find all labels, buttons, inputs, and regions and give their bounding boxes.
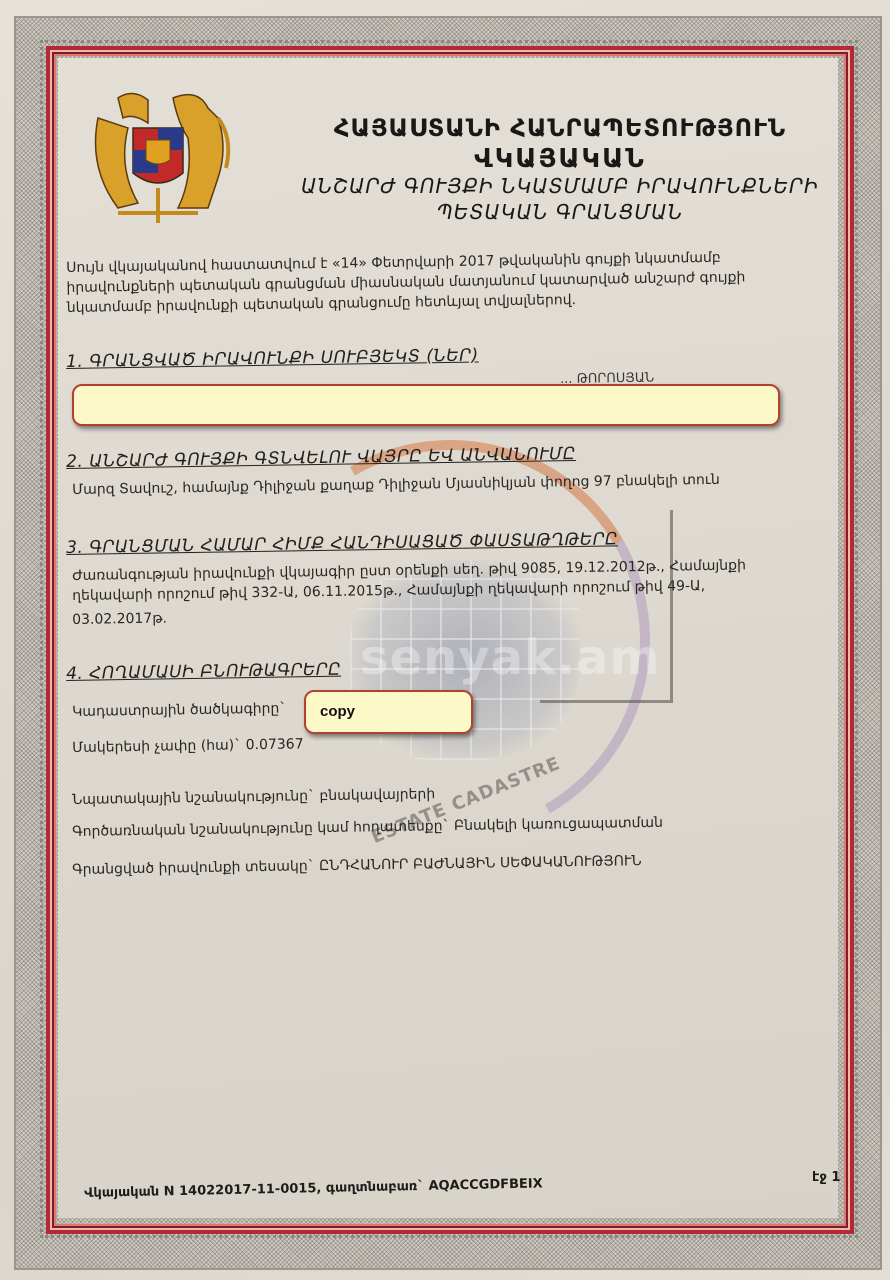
- area-value: 0.07367: [246, 736, 304, 753]
- redaction-box-cadastral: copy: [304, 690, 473, 734]
- area-label: Մակերեսի չափը (հա)`: [72, 737, 241, 756]
- certificate-page: senyak.am ESTATE CADASTRE ՀԱՅԱՍՏԱՆԻ ՀԱՆՐ…: [0, 0, 890, 1280]
- intro-paragraph: Սույն վկայականով հաստատվում է «14» Փետրվ…: [66, 246, 807, 318]
- coat-of-arms-icon: [78, 78, 238, 238]
- purpose-value: բնակավայրերի: [319, 786, 435, 804]
- redaction-box-owners: [72, 384, 780, 426]
- page-number: էջ 1: [812, 1170, 840, 1185]
- site-watermark: senyak.am: [360, 630, 661, 686]
- country-title: ՀԱՅԱՍՏԱՆԻ ՀԱՆՐԱՊԵՏՈՒԹՅՈՒՆ: [300, 114, 820, 142]
- function-value: Բնակելի կառուցապատման: [454, 815, 663, 834]
- cadastral-code-label: Կադաստրային ծածկագիրը`: [72, 701, 286, 720]
- document-type-title: ՎԿԱՅԱԿԱՆ: [300, 144, 820, 174]
- basis-documents-line-3: 03.02.2017թ.: [72, 611, 167, 628]
- subtitle-line-2: ՊԵՏԱԿԱՆ ԳՐԱՆՑՄԱՆ: [300, 200, 820, 224]
- cadastral-code-value: copy: [320, 703, 355, 720]
- subtitle-line-1: ԱՆՇԱՐԺ ԳՈՒՅՔԻ ՆԿԱՏՄԱՄԲ ԻՐԱՎՈՒՆՔՆԵՐԻ: [300, 174, 820, 198]
